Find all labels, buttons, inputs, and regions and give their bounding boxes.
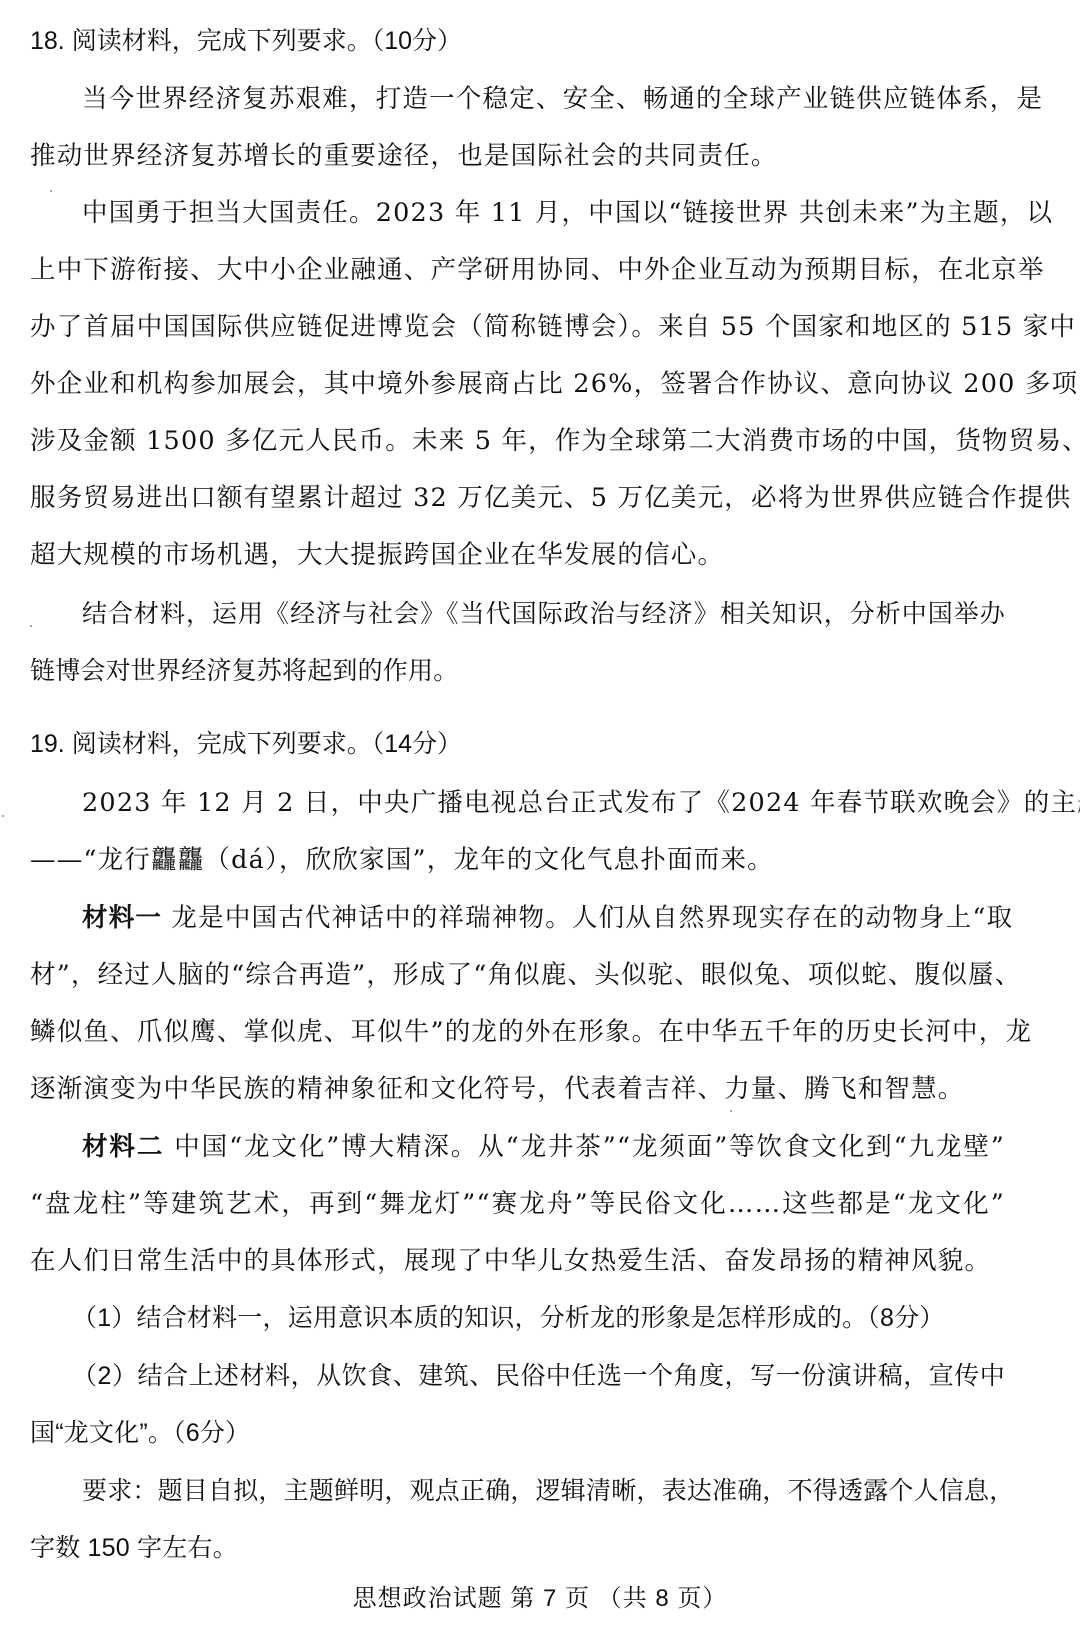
q18-para1-line1: 当今世界经济复苏艰难，打造一个稳定、安全、畅通的全球产业链供应链体系，是 bbox=[82, 82, 1005, 116]
material2-text: 中国“龙文化”博大精深。从“龙井茶”“龙须面”等饮食文化到“九龙壁” bbox=[164, 1132, 1005, 1162]
q19-material1-line1: 材料一 龙是中国古代神话中的祥瑞神物。人们从自然界现实存在的动物身上“取 bbox=[82, 901, 1005, 935]
q18-para2-line5: 涉及金额 1500 多亿元人民币。未来 5 年，作为全球第二大消费市场的中国，货… bbox=[30, 424, 1005, 458]
scan-speck bbox=[30, 625, 32, 627]
q18-para2-line3: 办了首届中国国际供应链促进博览会（简称链博会）。来自 55 个国家和地区的 51… bbox=[30, 310, 1005, 344]
scan-speck bbox=[2, 815, 4, 817]
q19-material1-line4: 逐渐演变为中华民族的精神象征和文化符号，代表着吉祥、力量、腾飞和智慧。 bbox=[30, 1072, 1005, 1106]
q18-para2-line2: 上中下游衔接、大中小企业融通、产学研用协同、中外企业互动为预期目标，在北京举 bbox=[30, 253, 1005, 287]
q18-para1-line2: 推动世界经济复苏增长的重要途径，也是国际社会的共同责任。 bbox=[30, 139, 1005, 173]
q19-material2-line1: 材料二 中国“龙文化”博大精深。从“龙井茶”“龙须面”等饮食文化到“九龙壁” bbox=[82, 1130, 1005, 1164]
q19-subquestion-2-line2: 国“龙文化”。（6分） bbox=[30, 1416, 1005, 1450]
q19-material2-line3: 在人们日常生活中的具体形式，展现了中华儿女热爱生活、奋发昂扬的精神风貌。 bbox=[30, 1244, 1005, 1278]
q18-para2-line1: 中国勇于担当大国责任。2023 年 11 月，中国以“链接世界 共创未来”为主题… bbox=[82, 196, 1005, 230]
q19-intro-line1: 2023 年 12 月 2 日，中央广播电视总台正式发布了《2024 年春节联欢… bbox=[82, 786, 1005, 820]
q19-requirement-line1: 要求：题目自拟，主题鲜明，观点正确，逻辑清晰，表达准确，不得透露个人信息， bbox=[82, 1474, 1005, 1508]
q19-material1-line2: 材”，经过人脑的“综合再造”，形成了“角似鹿、头似驼、眼似兔、项似蛇、腹似蜃、 bbox=[30, 958, 1005, 992]
q19-requirement-line2: 字数 150 字左右。 bbox=[30, 1531, 1005, 1565]
q18-task-line1: 结合材料，运用《经济与社会》《当代国际政治与经济》相关知识，分析中国举办 bbox=[82, 597, 1005, 631]
q18-para2-line6: 服务贸易进出口额有望累计超过 32 万亿美元、5 万亿美元，必将为世界供应链合作… bbox=[30, 481, 1005, 515]
exam-page: 18. 阅读材料，完成下列要求。（10分） 当今世界经济复苏艰难，打造一个稳定、… bbox=[0, 0, 1080, 1632]
q18-task-line2: 链博会对世界经济复苏将起到的作用。 bbox=[30, 654, 1005, 688]
material2-label: 材料二 bbox=[82, 1132, 164, 1162]
q19-material2-line2: “盘龙柱”等建筑艺术，再到“舞龙灯”“赛龙舟”等民俗文化……这些都是“龙文化” bbox=[30, 1187, 1005, 1221]
question-19-header: 19. 阅读材料，完成下列要求。（14分） bbox=[30, 727, 1005, 761]
material1-label: 材料一 bbox=[82, 903, 162, 933]
scan-speck bbox=[730, 1110, 732, 1112]
question-18-header: 18. 阅读材料，完成下列要求。（10分） bbox=[30, 24, 1005, 58]
q18-para2-line4: 外企业和机构参加展会，其中境外参展商占比 26%，签署合作协议、意向协议 200… bbox=[30, 367, 1005, 401]
q19-material1-line3: 鳞似鱼、爪似鹰、掌似虎、耳似牛”的龙的外在形象。在中华五千年的历史长河中，龙 bbox=[30, 1015, 1005, 1049]
material1-text: 龙是中国古代神话中的祥瑞神物。人们从自然界现实存在的动物身上“取 bbox=[162, 903, 1013, 933]
scan-speck bbox=[50, 190, 52, 192]
q19-subquestion-1: （1）结合材料一，运用意识本质的知识，分析龙的形象是怎样形成的。（8分） bbox=[72, 1301, 995, 1335]
q18-para2-line7: 超大规模的市场机遇，大大提振跨国企业在华发展的信心。 bbox=[30, 538, 1005, 572]
page-footer: 思想政治试题 第 7 页 （共 8 页） bbox=[0, 1578, 1080, 1613]
q19-subquestion-2-line1: （2）结合上述材料，从饮食、建筑、民俗中任选一个角度，写一份演讲稿，宣传中 bbox=[72, 1359, 1005, 1393]
q19-intro-line2: ——“龙行龘龘（dá），欣欣家国”，龙年的文化气息扑面而来。 bbox=[30, 843, 1005, 877]
